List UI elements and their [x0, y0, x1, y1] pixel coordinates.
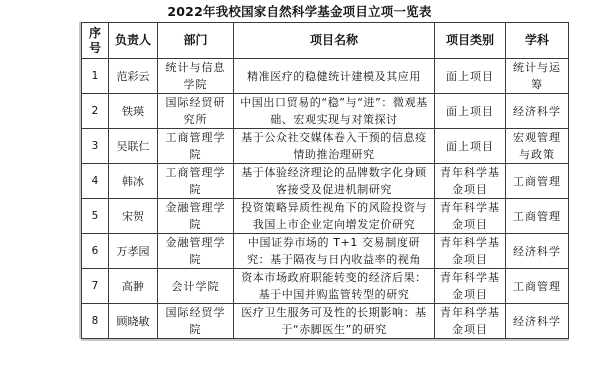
cell-leader: 范彩云: [109, 59, 158, 94]
header-discipline: 学科: [506, 23, 569, 59]
cell-category: 青年科学基金项目: [435, 164, 506, 199]
cell-category: 面上项目: [435, 59, 506, 94]
cell-category: 青年科学基金项目: [435, 199, 506, 234]
cell-discipline: 工商管理: [506, 269, 569, 304]
cell-project-name: 资本市场政府职能转变的经济后果：基于中国并购监管转型的研究: [234, 269, 435, 304]
table-header-row: 序号 负责人 部门 项目名称 项目类别 学科: [82, 23, 569, 59]
cell-discipline: 经济科学: [506, 94, 569, 129]
table-row: 4 韩冰 工商管理学院 基于体验经济理论的品牌数字化身顾客接受及促进机制研究 青…: [82, 164, 569, 199]
cell-category: 青年科学基金项目: [435, 304, 506, 339]
cell-project-name: 基于公众社交媒体卷入干预的信息疫情助推治理研究: [234, 129, 435, 164]
cell-index: 8: [82, 304, 109, 339]
cell-project-name: 精准医疗的稳健统计建模及其应用: [234, 59, 435, 94]
cell-department: 工商管理学院: [158, 129, 234, 164]
header-leader: 负责人: [109, 23, 158, 59]
cell-leader: 韩冰: [109, 164, 158, 199]
table-row: 3 吴联仁 工商管理学院 基于公众社交媒体卷入干预的信息疫情助推治理研究 面上项…: [82, 129, 569, 164]
cell-leader: 顾晓敏: [109, 304, 158, 339]
cell-department: 金融管理学院: [158, 199, 234, 234]
cell-leader: 铁瑛: [109, 94, 158, 129]
cell-discipline: 经济科学: [506, 234, 569, 269]
cell-category: 青年科学基金项目: [435, 269, 506, 304]
cell-discipline: 经济科学: [506, 304, 569, 339]
header-department: 部门: [158, 23, 234, 59]
cell-index: 3: [82, 129, 109, 164]
cell-index: 2: [82, 94, 109, 129]
cell-index: 1: [82, 59, 109, 94]
table-row: 7 高翀 会计学院 资本市场政府职能转变的经济后果：基于中国并购监管转型的研究 …: [82, 269, 569, 304]
table-row: 8 顾晓敏 国际经贸学院 医疗卫生服务可及性的长期影响：基于“赤脚医生”的研究 …: [82, 304, 569, 339]
cell-leader: 吴联仁: [109, 129, 158, 164]
cell-category: 面上项目: [435, 129, 506, 164]
cell-project-name: 中国出口贸易的“稳”与“进”：微观基础、宏观实现与对策探讨: [234, 94, 435, 129]
project-list-table: 序号 负责人 部门 项目名称 项目类别 学科 1 范彩云 统计与信息学院 精准医…: [81, 22, 569, 339]
table-title: 2022年我校国家自然科学基金项目立项一览表: [0, 4, 599, 20]
cell-index: 6: [82, 234, 109, 269]
table-row: 1 范彩云 统计与信息学院 精准医疗的稳健统计建模及其应用 面上项目 统计与运筹: [82, 59, 569, 94]
table-row: 6 万孝园 金融管理学院 中国证券市场的 T+1 交易制度研究：基于隔夜与日内收…: [82, 234, 569, 269]
cell-department: 国际经贸学院: [158, 304, 234, 339]
cell-department: 国际经贸研究所: [158, 94, 234, 129]
cell-project-name: 医疗卫生服务可及性的长期影响：基于“赤脚医生”的研究: [234, 304, 435, 339]
cell-category: 面上项目: [435, 94, 506, 129]
cell-index: 5: [82, 199, 109, 234]
cell-leader: 宋贺: [109, 199, 158, 234]
cell-leader: 万孝园: [109, 234, 158, 269]
cell-category: 青年科学基金项目: [435, 234, 506, 269]
cell-project-name: 投资策略异质性视角下的风险投资与我国上市企业定向增发定价研究: [234, 199, 435, 234]
cell-leader: 高翀: [109, 269, 158, 304]
cell-index: 7: [82, 269, 109, 304]
cell-discipline: 宏观管理与政策: [506, 129, 569, 164]
table-row: 5 宋贺 金融管理学院 投资策略异质性视角下的风险投资与我国上市企业定向增发定价…: [82, 199, 569, 234]
cell-discipline: 工商管理: [506, 164, 569, 199]
cell-department: 统计与信息学院: [158, 59, 234, 94]
cell-project-name: 基于体验经济理论的品牌数字化身顾客接受及促进机制研究: [234, 164, 435, 199]
cell-department: 金融管理学院: [158, 234, 234, 269]
cell-discipline: 工商管理: [506, 199, 569, 234]
table-row: 2 铁瑛 国际经贸研究所 中国出口贸易的“稳”与“进”：微观基础、宏观实现与对策…: [82, 94, 569, 129]
cell-project-name: 中国证券市场的 T+1 交易制度研究：基于隔夜与日内收益率的视角: [234, 234, 435, 269]
cell-discipline: 统计与运筹: [506, 59, 569, 94]
header-category: 项目类别: [435, 23, 506, 59]
header-index: 序号: [82, 23, 109, 59]
cell-department: 工商管理学院: [158, 164, 234, 199]
header-project-name: 项目名称: [234, 23, 435, 59]
cell-index: 4: [82, 164, 109, 199]
cell-department: 会计学院: [158, 269, 234, 304]
